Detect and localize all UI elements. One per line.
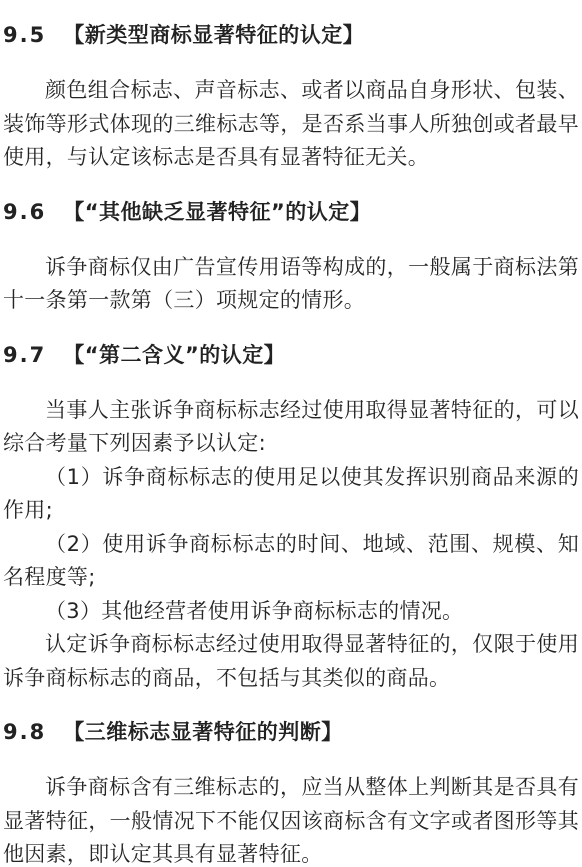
section-number: 9.6 (3, 197, 46, 227)
paragraph: 当事人主张诉争商标标志经过使用取得显著特征的，可以综合考量下列因素予以认定: (3, 394, 579, 461)
paragraph: 颜色组合标志、声音标志、或者以商品自身形状、包装、装饰等形式体现的三维标志等，是… (3, 74, 579, 175)
section-9-7: 9.7【“第二含义”的认定】 当事人主张诉争商标标志经过使用取得显著特征的，可以… (3, 340, 579, 696)
paragraph: 诉争商标仅由广告宣传用语等构成的，一般属于商标法第十一条第一款第（三）项规定的情… (3, 251, 579, 318)
section-number: 9.8 (3, 717, 46, 747)
section-9-8: 9.8【三维标志显著特征的判断】 诉争商标含有三维标志的，应当从整体上判断其是否… (3, 717, 579, 867)
section-number: 9.7 (3, 340, 46, 370)
paragraph: 认定诉争商标标志经过使用取得显著特征的，仅限于使用诉争商标标志的商品，不包括与其… (3, 628, 579, 695)
section-number: 9.5 (3, 20, 46, 50)
paragraph: 诉争商标含有三维标志的，应当从整体上判断其是否具有显著特征，一般情况下不能仅因该… (3, 771, 579, 867)
section-heading: 9.6【“其他缺乏显著特征”的认定】 (3, 197, 579, 227)
section-title: 【“第二含义”的认定】 (63, 343, 285, 367)
section-9-5: 9.5【新类型商标显著特征的认定】 颜色组合标志、声音标志、或者以商品自身形状、… (3, 20, 579, 175)
section-9-6: 9.6【“其他缺乏显著特征”的认定】 诉争商标仅由广告宣传用语等构成的，一般属于… (3, 197, 579, 318)
document-page: 9.5【新类型商标显著特征的认定】 颜色组合标志、声音标志、或者以商品自身形状、… (0, 0, 582, 867)
list-item-1: （1）诉争商标标志的使用足以使其发挥识别商品来源的作用; (3, 461, 579, 528)
section-title: 【新类型商标显著特征的认定】 (63, 23, 364, 47)
section-title: 【三维标志显著特征的判断】 (63, 720, 343, 744)
section-heading: 9.7【“第二含义”的认定】 (3, 340, 579, 370)
list-item-3: （3）其他经营者使用诉争商标标志的情况。 (3, 595, 579, 629)
list-item-2: （2）使用诉争商标标志的时间、地域、范围、规模、知名程度等; (3, 528, 579, 595)
section-heading: 9.8【三维标志显著特征的判断】 (3, 717, 579, 747)
section-title: 【“其他缺乏显著特征”的认定】 (63, 200, 371, 224)
section-heading: 9.5【新类型商标显著特征的认定】 (3, 20, 579, 50)
